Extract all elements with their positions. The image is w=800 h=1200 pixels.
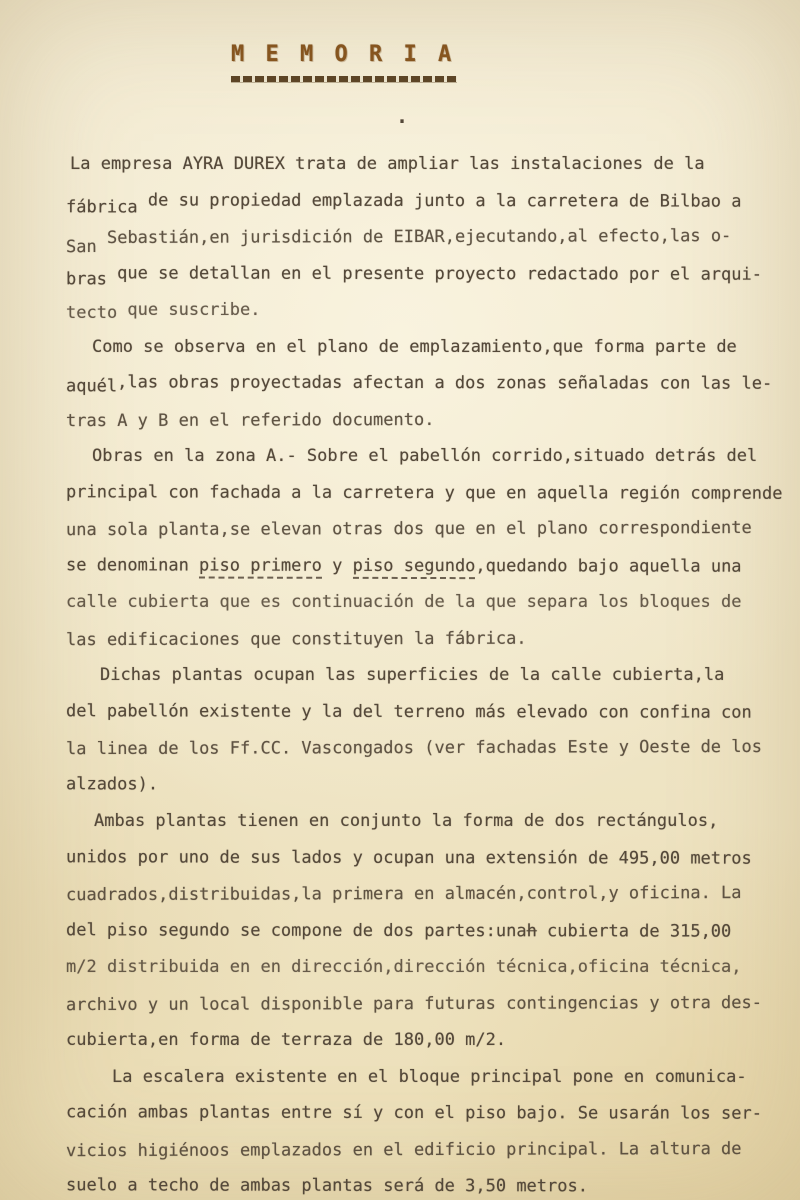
text-line: la linea de los Ff.CC. Vascongados (ver … (66, 729, 782, 768)
text-segment: archivo y un local disponible para futur… (66, 992, 762, 1014)
text-segment: ,las obras proyectadas afectan a dos zon… (117, 372, 772, 393)
text-segment: las edificaciones que constituyen la fáb… (66, 628, 527, 649)
text-segment: principal con fachada a la carretera y q… (66, 482, 782, 504)
text-segment: tras A y B en el referido documento. (66, 409, 435, 430)
text-segment: cuadrados,distribuidas,la primera en alm… (66, 883, 742, 905)
text-line: cuadrados,distribuidas,la primera en alm… (66, 875, 782, 914)
text-line: principal con fachada a la carretera y q… (66, 474, 782, 512)
text-line: vicios higiénoos emplazados en el edific… (66, 1130, 782, 1169)
text-line: del pabellón existente y la del terreno … (66, 693, 782, 731)
text-segment: del piso segundo se compone de dos parte… (66, 920, 527, 941)
text-line: La empresa AYRA DUREX trata de ampliar l… (66, 146, 782, 183)
text-segment: la linea de los Ff.CC. Vascongados (ver … (66, 737, 762, 759)
text-line: San Sebastián,en jurisdición de EIBAR,ej… (66, 218, 782, 257)
text-segment: San (66, 237, 97, 257)
text-segment: unidos por uno de sus lados y ocupan una… (66, 847, 752, 868)
text-line: una sola planta,se elevan otras dos que … (66, 510, 782, 549)
text-line: calle cubierta que es continuación de la… (66, 584, 782, 621)
separator-dot: . (396, 104, 408, 128)
text-segment: una sola planta,se elevan otras dos que … (66, 518, 752, 540)
text-line: fábrica de su propiedad emplazada junto … (66, 182, 782, 220)
text-line: unidos por uno de sus lados y ocupan una… (66, 839, 782, 877)
text-line: se denominan piso primero y piso segundo… (66, 547, 782, 585)
text-segment: Obras en la zona A.- Sobre el pabellón c… (92, 446, 757, 466)
text-segment: Como se observa en el plano de emplazami… (92, 337, 737, 357)
text-segment: m/2 distribuida en en dirección,direcció… (66, 957, 742, 977)
text-line: Dichas plantas ocupan las superficies de… (66, 657, 782, 694)
paragraph: La empresa AYRA DUREX trata de ampliar l… (66, 146, 782, 329)
text-segment: de su propiedad emplazada junto a la car… (138, 190, 742, 211)
underlined-text: piso segundo (353, 555, 476, 578)
text-line: suelo a techo de ambas plantas será de 3… (66, 1167, 782, 1200)
document-title: M E M O R I A (231, 42, 461, 67)
text-segment: La empresa AYRA DUREX trata de ampliar l… (70, 154, 705, 174)
text-segment: vicios higiénoos emplazados en el edific… (66, 1139, 742, 1161)
text-segment: calle cubierta que es continuación de la… (66, 592, 742, 612)
title-underline (231, 76, 457, 82)
text-line: del piso segundo se compone de dos parte… (66, 912, 782, 950)
text-segment: y (322, 555, 353, 575)
text-segment: cubierta,en forma de terraza de 180,00 m… (66, 1030, 506, 1050)
document-page: { "document": { "title": "M E M O R I A"… (0, 0, 800, 1200)
text-line: Como se observa en el plano de emplazami… (66, 329, 782, 366)
paragraph: Como se observa en el plano de emplazami… (66, 329, 782, 439)
text-segment: Dichas plantas ocupan las superficies de… (100, 665, 724, 685)
paragraph: Dichas plantas ocupan las superficies de… (66, 657, 782, 803)
text-segment: cubierta de 315,00 (537, 921, 732, 941)
paragraph: Obras en la zona A.- Sobre el pabellón c… (66, 438, 782, 657)
text-segment: que se detallan en el presente proyecto … (107, 263, 762, 284)
underlined-text: piso primero (199, 555, 322, 578)
text-line: La escalera existente en el bloque princ… (66, 1059, 782, 1096)
text-segment: suelo a techo de ambas plantas será de 3… (66, 1175, 588, 1196)
text-line: cubierta,en forma de terraza de 180,00 m… (66, 1022, 782, 1059)
text-line: aquél,las obras proyectadas afectan a do… (66, 364, 782, 402)
text-segment: del pabellón existente y la del terreno … (66, 701, 752, 722)
text-segment: fábrica (66, 197, 138, 217)
text-line: las edificaciones que constituyen la fáb… (66, 619, 782, 658)
document-body: La empresa AYRA DUREX trata de ampliar l… (66, 146, 782, 1200)
text-segment: que suscribe. (117, 300, 260, 320)
document-header: M E M O R I A (231, 42, 461, 82)
text-segment: Sebastián,en jurisdición de EIBAR,ejecut… (97, 226, 732, 248)
text-segment: ,quedando bajo aquella una (475, 556, 741, 577)
text-line: Obras en la zona A.- Sobre el pabellón c… (66, 438, 782, 475)
text-line: m/2 distribuida en en dirección,direcció… (66, 949, 782, 986)
text-segment: cación ambas plantas entre sí y con el p… (66, 1102, 762, 1123)
text-line: Ambas plantas tienen en conjunto la form… (66, 803, 782, 840)
text-line: cación ambas plantas entre sí y con el p… (66, 1094, 782, 1132)
text-segment: aquél (66, 376, 117, 396)
text-segment: h (527, 921, 537, 941)
paragraph: La escalera existente en el bloque princ… (66, 1059, 782, 1200)
text-segment: bras (66, 269, 107, 289)
text-segment: se denominan (66, 555, 199, 575)
text-line: bras que se detallan en el presente proy… (66, 255, 782, 293)
text-line: archivo y un local disponible para futur… (66, 984, 782, 1023)
text-segment: alzados). (66, 774, 158, 794)
paragraph: Ambas plantas tienen en conjunto la form… (66, 803, 782, 1059)
text-segment: tecto (66, 303, 117, 323)
text-line: tras A y B en el referido documento. (66, 400, 782, 439)
text-line: tecto que suscribe. (66, 292, 782, 329)
text-segment: La escalera existente en el bloque princ… (112, 1067, 747, 1087)
text-segment: Ambas plantas tienen en conjunto la form… (94, 811, 718, 831)
text-line: alzados). (66, 766, 782, 804)
